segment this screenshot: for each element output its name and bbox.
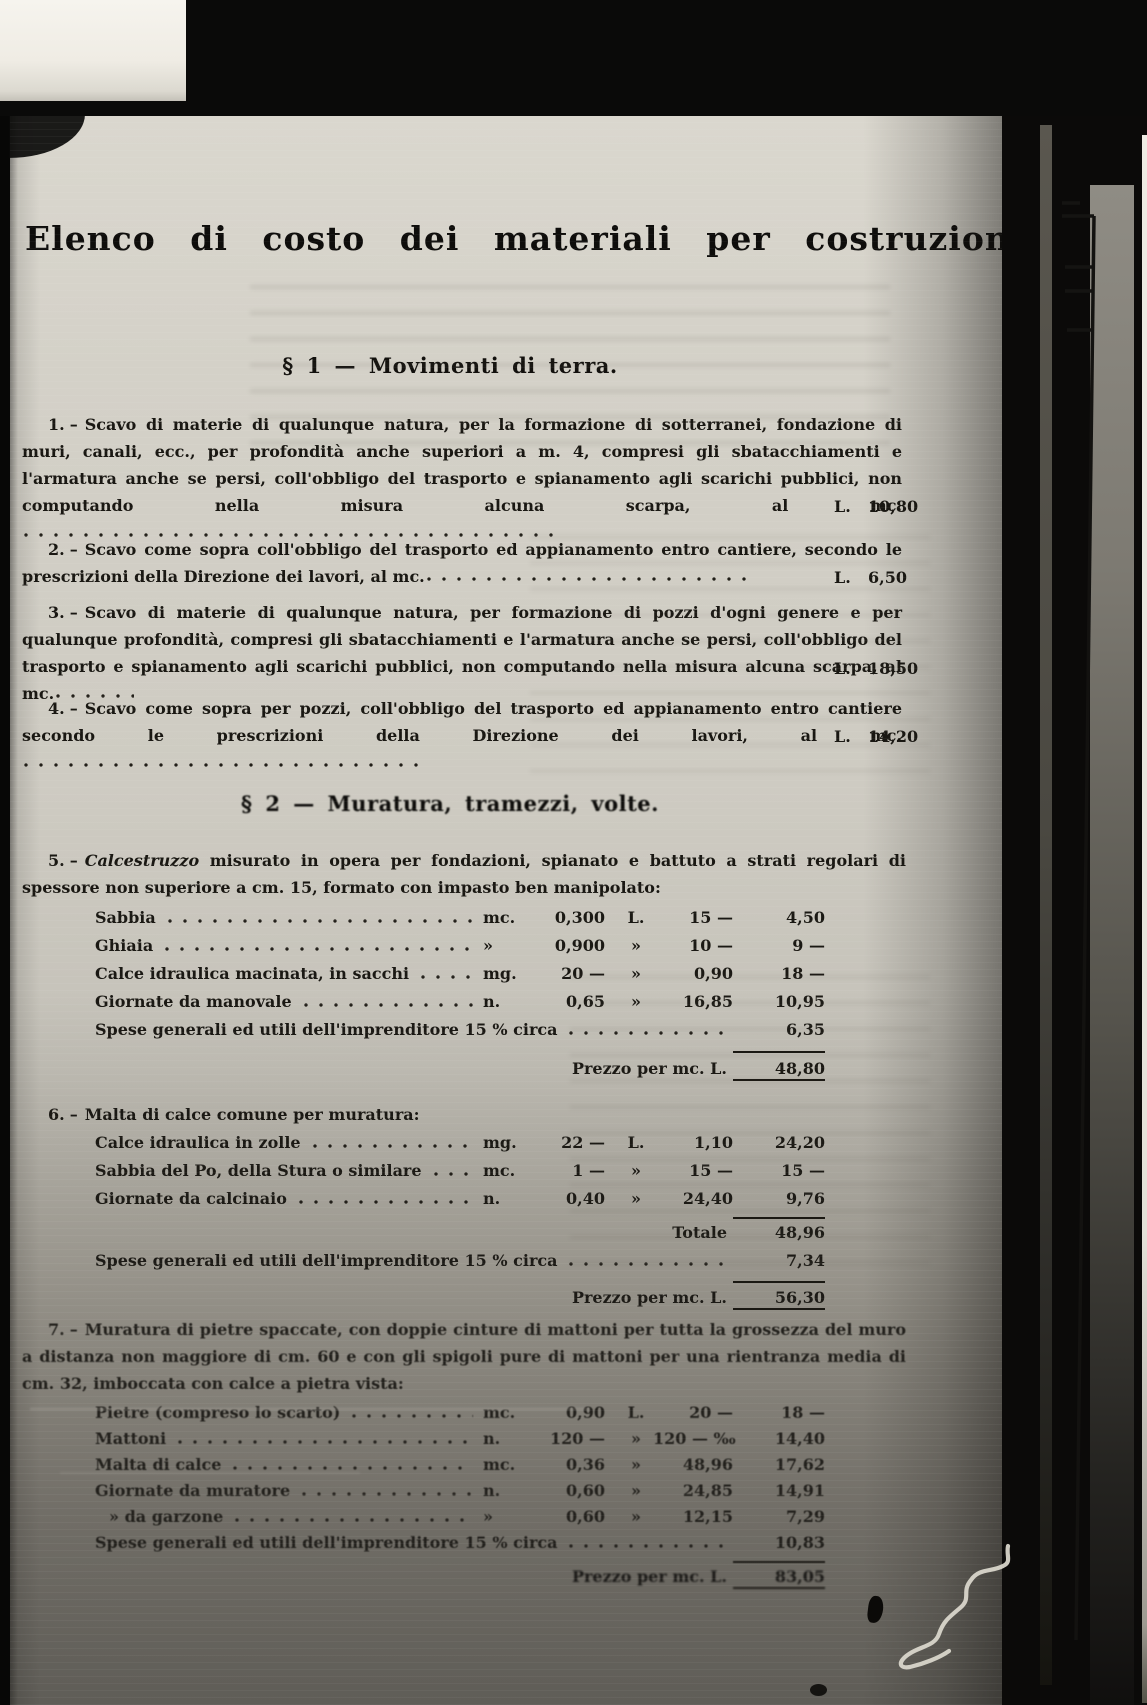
sum-rule	[733, 1561, 825, 1563]
row-qty: 0,36	[527, 1455, 619, 1474]
row-amount: 14,40	[733, 1429, 825, 1448]
total-row: Prezzo per mc. L.83,05	[95, 1567, 825, 1589]
row-label: Spese generali ed utili dell'imprenditor…	[95, 1533, 557, 1552]
row-unit: n.	[483, 1429, 527, 1448]
ink-blob	[810, 1684, 827, 1696]
bleedthrough-ghost	[570, 975, 930, 1275]
leader-dots	[300, 1487, 473, 1497]
row-currency: »	[619, 1481, 653, 1500]
row-qty: 0,90	[527, 1403, 619, 1422]
row-unit: »	[483, 1507, 527, 1526]
row-label: » da garzone	[95, 1507, 223, 1526]
leader-dots	[231, 1461, 473, 1471]
row-unit: n.	[483, 1481, 527, 1500]
leader-dots	[350, 1409, 473, 1419]
leader-dots	[233, 1513, 473, 1523]
cost-item-7-lead: 7.–Muratura di pietre spaccate, con dopp…	[22, 1316, 906, 1400]
scanned-page-paper: Elenco di costo dei materiali per costru…	[10, 115, 1002, 1705]
leader-dots	[176, 1435, 473, 1445]
row-currency: »	[619, 1507, 653, 1526]
row-amount: 10,83	[733, 1533, 825, 1552]
table-row: Pietre (compreso lo scarto)mc.0,90L.20 —…	[95, 1403, 825, 1422]
overhead-row: Spese generali ed utili dell'imprenditor…	[95, 1533, 825, 1552]
row-unit-price: 48,96	[653, 1455, 733, 1474]
underlying-page-corner	[0, 0, 186, 101]
row-amount: 7,29	[733, 1507, 825, 1526]
row-unit-price: 20 —	[653, 1403, 733, 1422]
row-label: Pietre (compreso lo scarto)	[95, 1403, 340, 1422]
row-amount: 14,91	[733, 1481, 825, 1500]
bleedthrough-ghost	[530, 535, 930, 795]
pen-marks-icon	[1052, 115, 1147, 1705]
row-amount: 17,62	[733, 1455, 825, 1474]
item-dash: –	[70, 1320, 78, 1339]
row-currency: »	[619, 1455, 653, 1474]
thread-mark-icon	[860, 1538, 1020, 1683]
scratch-mark	[60, 1472, 360, 1474]
table-row: » da garzone»0,60»12,157,29	[95, 1507, 825, 1526]
item-number: 7.	[48, 1320, 65, 1339]
book-edge-gutter	[1002, 115, 1147, 1705]
bleedthrough-ghost	[250, 285, 890, 465]
leader-dots	[567, 1539, 723, 1549]
total-label: Prezzo per mc. L.	[572, 1567, 727, 1586]
row-qty: 0,60	[527, 1481, 619, 1500]
row-unit-price: 120 — ‰	[653, 1429, 733, 1448]
row-unit-price: 24,85	[653, 1481, 733, 1500]
row-currency: L.	[619, 1403, 653, 1422]
row-unit: mc.	[483, 1455, 527, 1474]
row-amount: 18 —	[733, 1403, 825, 1422]
row-qty: 0,60	[527, 1507, 619, 1526]
row-label: Giornate da muratore	[95, 1481, 290, 1500]
scratch-mark	[30, 1408, 590, 1410]
row-unit: mc.	[483, 1403, 527, 1422]
table-row: Mattonin.120 —»120 — ‰14,40	[95, 1429, 825, 1448]
row-currency: »	[619, 1429, 653, 1448]
row-unit-price: 12,15	[653, 1507, 733, 1526]
row-qty: 120 —	[527, 1429, 619, 1448]
page-edge-sliver	[1040, 125, 1052, 1685]
total-amount: 83,05	[733, 1567, 825, 1589]
row-label: Mattoni	[95, 1429, 166, 1448]
table-row: Giornate da muratoren.0,60»24,8514,91	[95, 1481, 825, 1500]
item-text: Muratura di pietre spaccate, con doppie …	[22, 1320, 906, 1393]
